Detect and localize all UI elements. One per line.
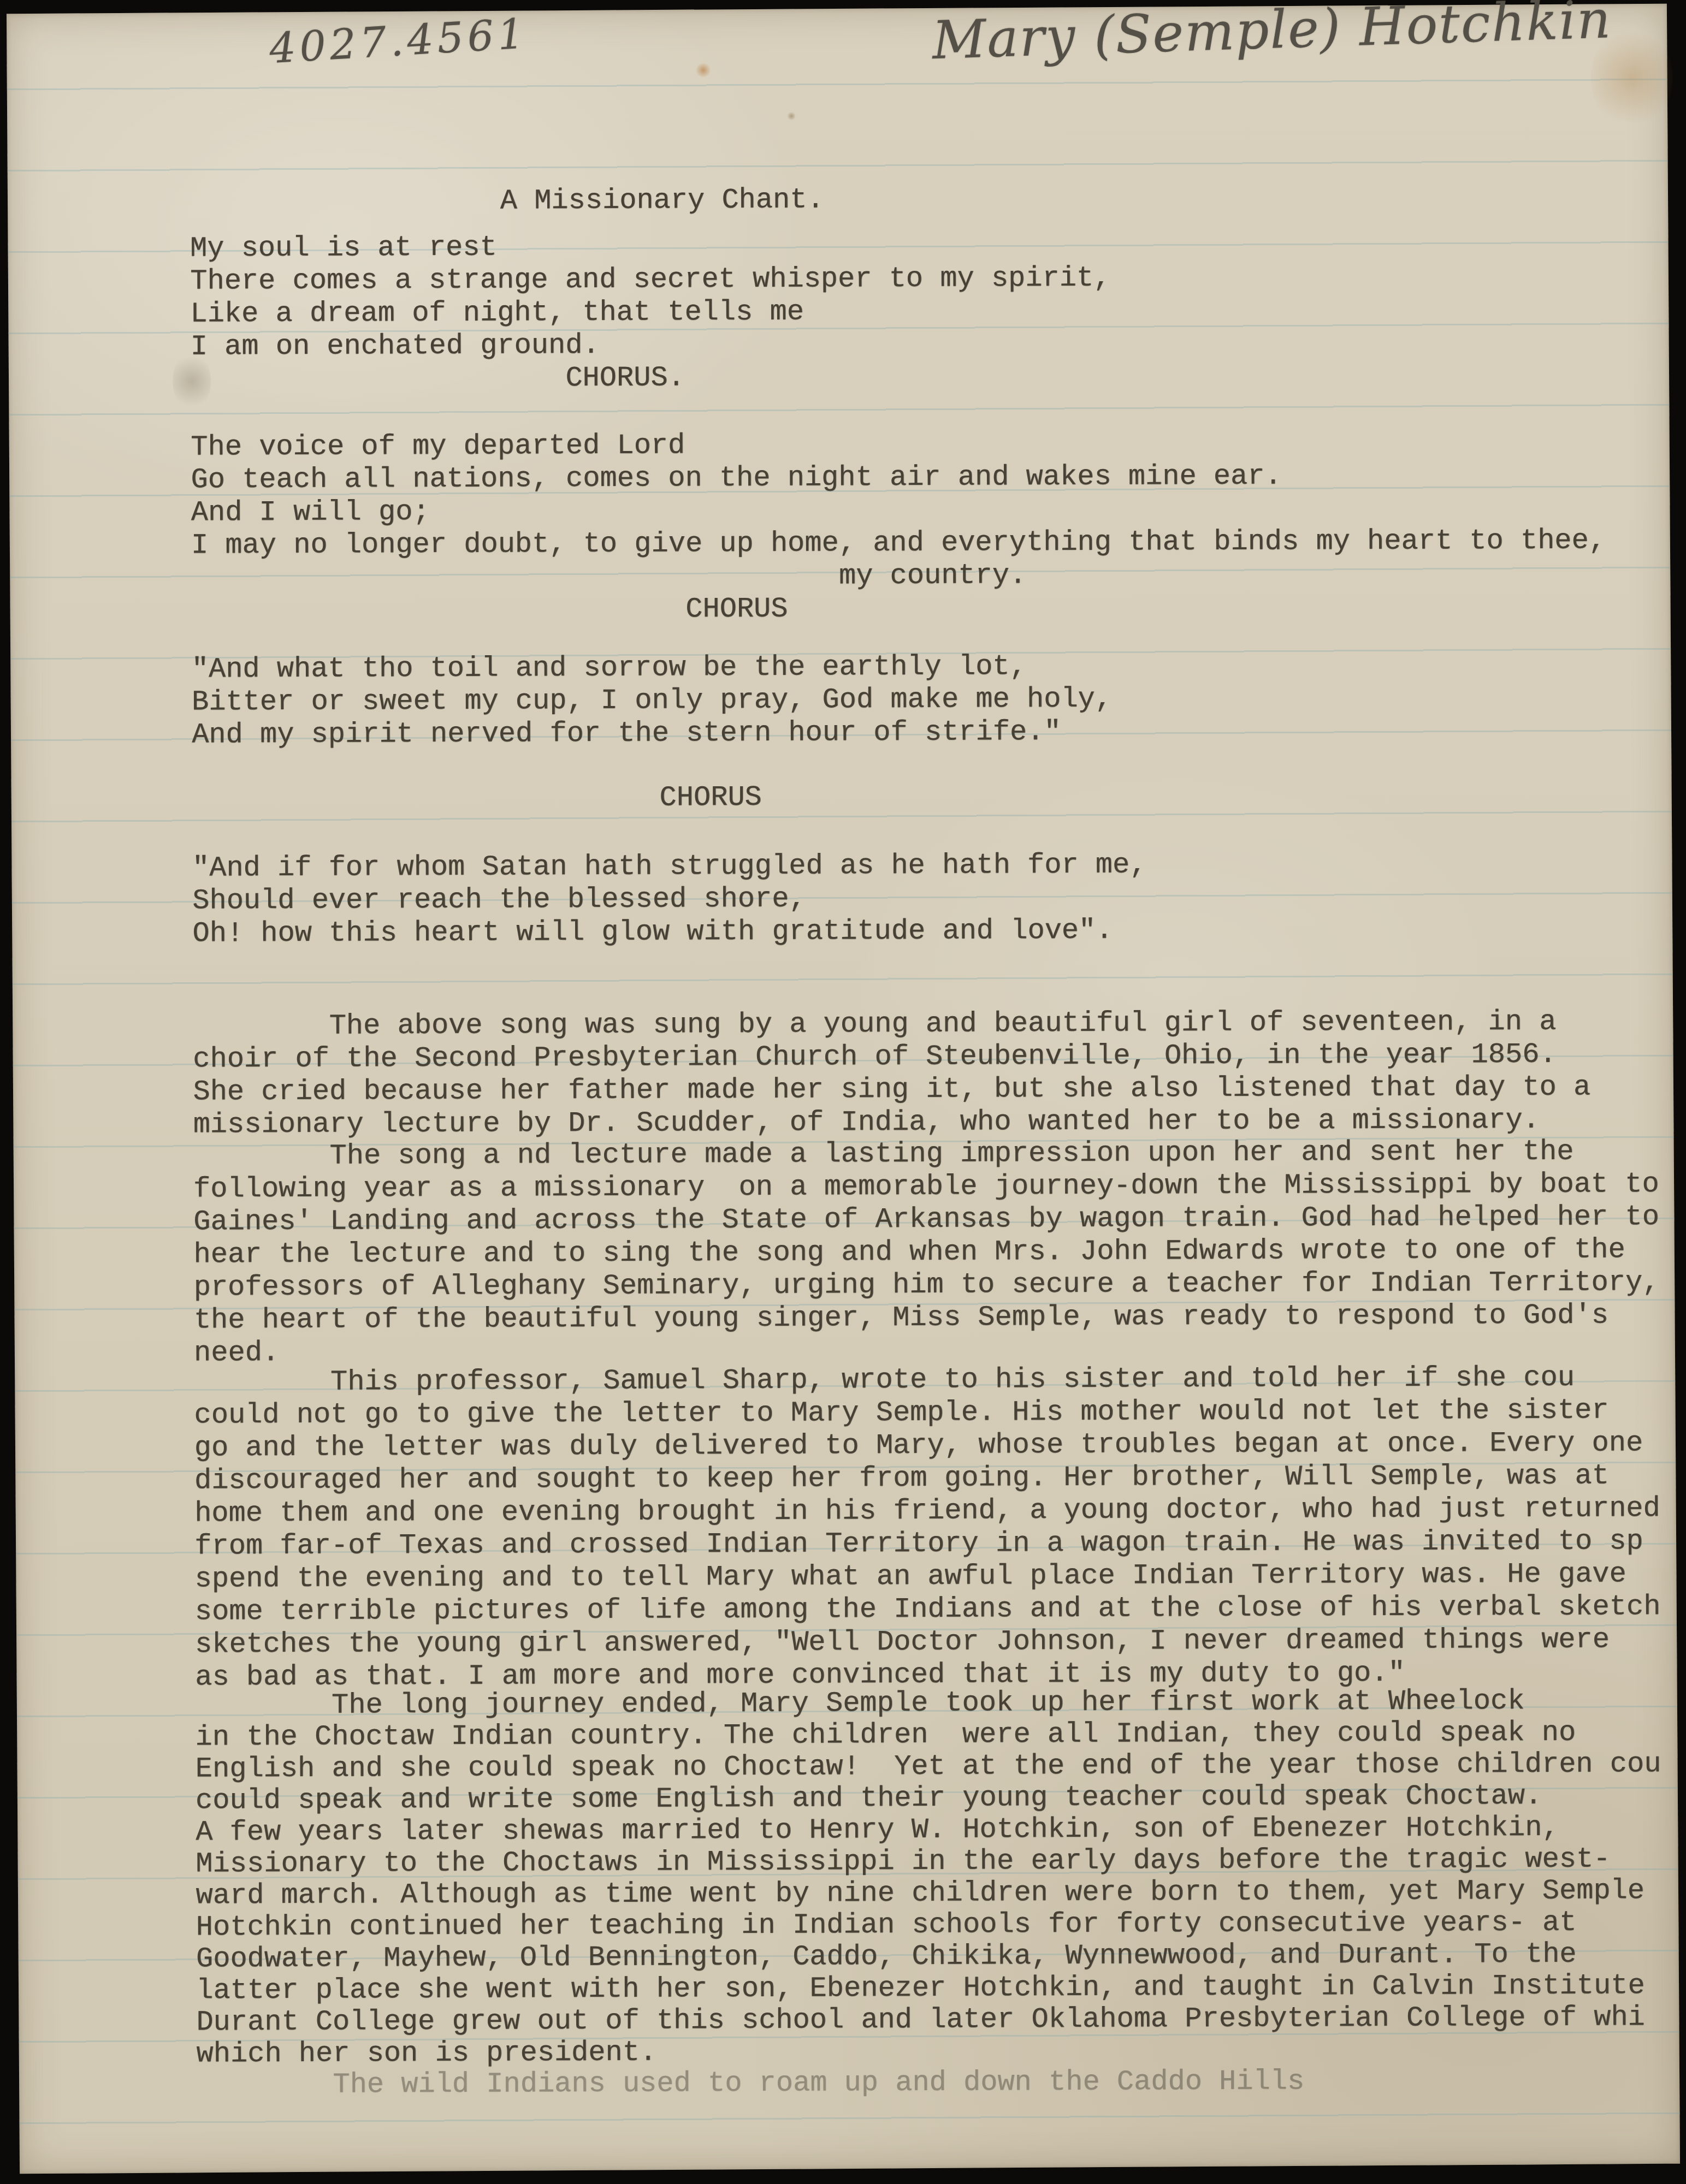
paragraph-2: The song a nd lecture made a lasting imp… <box>193 1135 1660 1369</box>
stanza-2: The voice of my departed Lord Go teach a… <box>191 426 1606 628</box>
stanza-1: My soul is at rest There comes a strange… <box>190 229 1111 396</box>
scanned-document-page: 4027.4561 Mary (Semple) Hotchkin A Missi… <box>0 0 1686 2184</box>
paragraph-1: The above song was sung by a young and b… <box>193 1006 1591 1142</box>
paragraph-4: The long journey ended, Mary Semple took… <box>195 1685 1662 2070</box>
text-layer: 4027.4561 Mary (Semple) Hotchkin A Missi… <box>0 0 1686 2184</box>
closing-line: The wild Indians used to roam up and dow… <box>197 2066 1305 2102</box>
handwritten-name: Mary (Semple) Hotchkin <box>931 0 1612 71</box>
stanza-4: "And if for whom Satan hath struggled as… <box>192 849 1147 951</box>
handwritten-catalog-number: 4027.4561 <box>268 9 529 73</box>
chorus-heading: CHORUS <box>659 781 761 815</box>
document-title: A Missionary Chant. <box>500 184 824 218</box>
paragraph-3: This professor, Samuel Sharp, wrote to h… <box>194 1361 1661 1694</box>
stanza-3: "And what tho toil and sorrow be the ear… <box>192 650 1113 752</box>
